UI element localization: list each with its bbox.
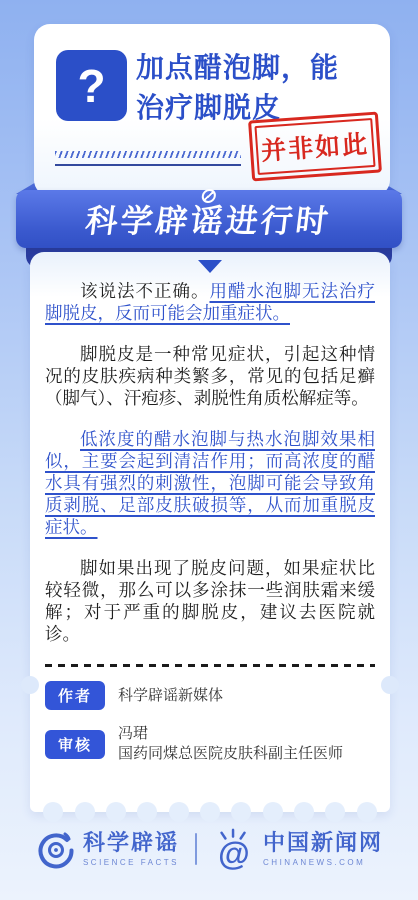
at-sign-icon: @ (213, 828, 255, 870)
chinanews-logo: @ 中国新闻网 CHINANEWS.COM (213, 828, 383, 870)
ticket-notch-left (21, 676, 39, 694)
science-facts-logo-icon (35, 829, 75, 869)
verdict-stamp: 并非如此 (248, 112, 382, 182)
scallop-edge (32, 802, 388, 822)
svg-text:@: @ (218, 835, 250, 870)
section-banner-label: 科学辟谣进行时 (84, 203, 333, 239)
science-facts-name: 科学辟谣 (83, 831, 179, 855)
body-text: 该说法不正确。 (80, 281, 210, 301)
article-body: 该说法不正确。用醋水泡脚无法治疗脚脱皮，反而可能会加重症状。脚脱皮是一种常见症状… (30, 273, 390, 645)
credit-text: 科学辟谣新媒体 (118, 686, 223, 706)
chinanews-name-en: CHINANEWS.COM (263, 858, 365, 867)
credit-badge: 审核 (45, 730, 105, 759)
credit-row: 作者科学辟谣新媒体 (45, 681, 375, 710)
body-text: 脚脱皮是一种常见症状，引起这种情况的皮肤疾病种类繁多，常见的包括足癣（脚气）、汗… (45, 344, 375, 408)
verdict-stamp-text: 并非如此 (254, 118, 375, 175)
section-banner-title: 科学辟谣进行时 (84, 196, 335, 242)
claim-card: ? 加点醋泡脚，能 治疗脚脱皮 并非如此 (34, 24, 390, 196)
paragraph: 脚如果出现了脱皮问题，如果症状比较轻微，那么可以多涂抹一些润肤霜来缓解；对于严重… (45, 557, 375, 645)
paragraph: 低浓度的醋水泡脚与热水泡脚效果相似，主要会起到清洁作用；而高浓度的醋水具有强烈的… (45, 428, 375, 538)
paragraph: 脚脱皮是一种常见症状，引起这种情况的皮肤疾病种类繁多，常见的包括足癣（脚气）、汗… (45, 343, 375, 409)
credit-badge: 作者 (45, 681, 105, 710)
footer-divider (195, 833, 197, 865)
highlighted-text: 低浓度的醋水泡脚与热水泡脚效果相似，主要会起到清洁作用；而高浓度的醋水具有强烈的… (45, 429, 375, 537)
ticket-notch-right (381, 676, 399, 694)
hatch-decoration (55, 151, 241, 158)
triangle-down-icon (198, 260, 222, 273)
paragraph: 该说法不正确。用醋水泡脚无法治疗脚脱皮，反而可能会加重症状。 (45, 280, 375, 324)
claim-title-line1: 加点醋泡脚，能 (136, 48, 339, 88)
credits: 作者科学辟谣新媒体审核冯珺国药同煤总医院皮肤科副主任医师 (45, 681, 375, 764)
section-banner: 科学辟谣进行时 (16, 190, 402, 248)
article-card: 该说法不正确。用醋水泡脚无法治疗脚脱皮，反而可能会加重症状。脚脱皮是一种常见症状… (30, 252, 390, 812)
chinanews-name: 中国新闻网 (263, 831, 383, 855)
credit-row: 审核冯珺国药同煤总医院皮肤科副主任医师 (45, 724, 375, 764)
science-facts-name-en: SCIENCE FACTS (83, 858, 179, 867)
footer: 科学辟谣 SCIENCE FACTS @ 中国新闻网 CHINANEWS.COM (0, 828, 418, 870)
science-facts-logo: 科学辟谣 SCIENCE FACTS (35, 829, 179, 869)
question-mark-glyph: ? (77, 59, 105, 113)
question-mark-icon: ? (56, 50, 127, 121)
prohibition-icon (201, 189, 217, 203)
body-text: 脚如果出现了脱皮问题，如果症状比较轻微，那么可以多涂抹一些润肤霜来缓解；对于严重… (45, 558, 375, 644)
credit-text: 冯珺国药同煤总医院皮肤科副主任医师 (118, 724, 343, 764)
dashed-separator (45, 664, 375, 667)
underline-decoration (55, 164, 241, 166)
